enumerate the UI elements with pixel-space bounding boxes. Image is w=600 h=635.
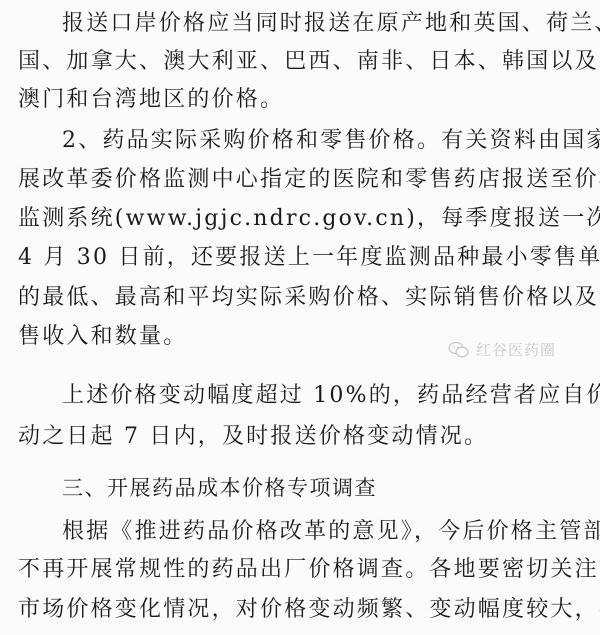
wechat-icon [448, 341, 470, 359]
paragraph-line: 2、药品实际采购价格和零售价格。有关资料由国家发 [62, 128, 600, 154]
paragraph-line: 不再开展常规性的药品出厂价格调查。各地要密切关注药品 [18, 557, 600, 583]
paragraph-line: 报送口岸价格应当同时报送在原产地和英国、荷兰、法 [62, 11, 600, 37]
paragraph-line: 展改革委价格监测中心指定的医院和零售药店报送至价格 [18, 167, 600, 193]
section-heading: 三、开展药品成本价格专项调查 [62, 475, 377, 501]
paragraph-line: 动之日起 7 日内，及时报送价格变动情况。 [18, 424, 488, 450]
paragraph-line: 上述价格变动幅度超过 10%的，药品经营者应自价格变 [62, 383, 600, 409]
paragraph-line: 的最低、最高和平均实际采购价格、实际销售价格以及年销 [18, 285, 600, 311]
paragraph-line: 市场价格变化情况，对价格变动频繁、变动幅度较大，不同 [18, 597, 600, 623]
watermark-text: 红谷医药圈 [476, 339, 556, 360]
paragraph-line: 售收入和数量。 [18, 324, 187, 350]
paragraph-line: 澳门和台湾地区的价格。 [18, 87, 284, 113]
watermark: 红谷医药圈 [448, 339, 556, 360]
paragraph-line: 国、加拿大、澳大利亚、巴西、南非、日本、韩国以及香港、 [18, 49, 600, 75]
paragraph-line: 4 月 30 日前，还要报送上一年度监测品种最小零售单位含税 [18, 245, 600, 271]
paragraph-line: 监测系统(www.jgjc.ndrc.gov.cn)，每季度报送一次。每年 [18, 206, 600, 232]
document-page: 报送口岸价格应当同时报送在原产地和英国、荷兰、法 国、加拿大、澳大利亚、巴西、南… [0, 0, 600, 635]
paragraph-line: 根据《推进药品价格改革的意见》，今后价格主管部门 [62, 519, 600, 545]
